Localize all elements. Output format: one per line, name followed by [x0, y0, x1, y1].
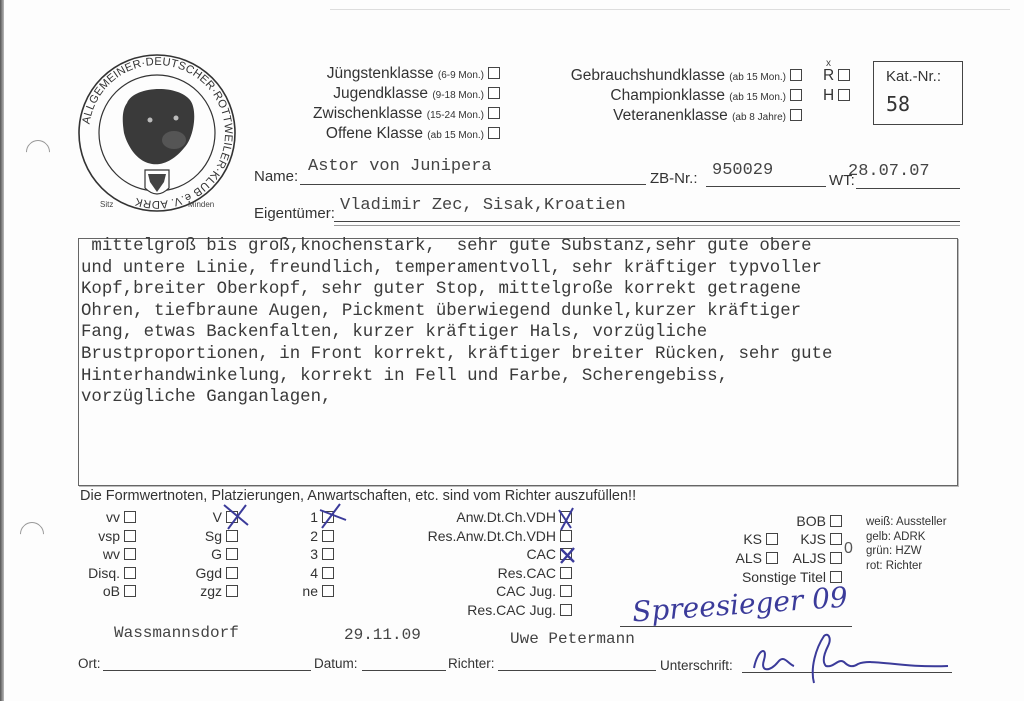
- owner-label: Eigentümer:: [254, 205, 335, 222]
- grade-option[interactable]: CAC Jug.: [390, 582, 572, 601]
- legend-item: weiß: Aussteller: [866, 515, 947, 530]
- grade-label: Res.Anw.Dt.Ch.VDH: [428, 528, 556, 544]
- grade-label: Disq.: [88, 565, 120, 581]
- award-label: ALJS: [793, 550, 826, 566]
- date-field[interactable]: 29.11.09: [344, 626, 421, 644]
- class-age-range: (6-9 Mon.): [438, 70, 484, 81]
- checkbox[interactable]: [790, 69, 802, 81]
- grade-label: 2: [310, 528, 318, 544]
- club-logo: ALLGEMEINER·DEUTSCHER·ROTTWEILER·KLUB e.…: [72, 48, 242, 218]
- grade-label: wv: [103, 546, 120, 562]
- grade-option[interactable]: Disq.: [80, 564, 136, 583]
- grade-label: Ggd: [196, 565, 222, 581]
- grade-label: CAC Jug.: [496, 583, 556, 599]
- checkbox[interactable]: [226, 548, 238, 560]
- class-age-range: (ab 15 Mon.): [427, 130, 484, 141]
- checkbox[interactable]: [322, 567, 334, 579]
- judge-label: Richter:: [448, 656, 495, 671]
- name-label: Name:: [254, 168, 298, 185]
- date-line: [362, 670, 446, 671]
- catalog-value[interactable]: 58: [886, 92, 910, 116]
- grade-option[interactable]: ne: [290, 582, 334, 601]
- zb-line: [706, 186, 826, 187]
- class-age-range: (ab 8 Jahre): [732, 112, 786, 123]
- grade-option[interactable]: G: [170, 545, 238, 564]
- signature-label: Unterschrift:: [660, 658, 733, 673]
- sex-label: H: [823, 87, 834, 104]
- class-option[interactable]: Zwischenklasse (15-24 Mon.): [276, 105, 500, 125]
- sex-huendin[interactable]: H: [823, 87, 850, 105]
- logo-seat-city: Minden: [188, 200, 214, 209]
- punch-hole: [21, 135, 55, 169]
- checkbox[interactable]: [124, 511, 136, 523]
- small-x-mark: x: [826, 58, 831, 69]
- class-option[interactable]: Championklasse (ab 15 Mon.): [520, 87, 802, 107]
- grade-label: oB: [103, 583, 120, 599]
- place-line: [103, 670, 311, 671]
- checkbox[interactable]: [790, 109, 802, 121]
- class-age-range: (ab 15 Mon.): [729, 72, 786, 83]
- legend-item: rot: Richter: [866, 559, 947, 574]
- legend-item: gelb: ADRK: [866, 530, 947, 545]
- checkbox[interactable]: [322, 548, 334, 560]
- award-aljs[interactable]: ALJS: [776, 549, 842, 568]
- checkbox[interactable]: [830, 552, 842, 564]
- judge-field[interactable]: Uwe Petermann: [510, 630, 635, 648]
- check-mark-1: [318, 502, 348, 528]
- checkbox[interactable]: [790, 89, 802, 101]
- grade-label: 1: [310, 509, 318, 525]
- date-label: Datum:: [314, 656, 358, 671]
- checkbox[interactable]: [226, 567, 238, 579]
- checkbox[interactable]: [488, 127, 500, 139]
- grade-option[interactable]: Sg: [170, 527, 238, 546]
- check-mark-anw: [555, 506, 577, 532]
- award-bob[interactable]: BOB: [760, 512, 842, 531]
- class-age-range: (9-18 Mon.): [432, 90, 484, 101]
- checkbox[interactable]: [226, 530, 238, 542]
- signature: [748, 628, 958, 688]
- award-kjs[interactable]: KJS: [786, 530, 842, 549]
- titles-column: Anw.Dt.Ch.VDHRes.Anw.Dt.Ch.VDHCACRes.CAC…: [390, 508, 572, 620]
- owner-line: [334, 221, 960, 222]
- grade-label: G: [211, 546, 222, 562]
- grade-label: vsp: [98, 528, 120, 544]
- grade-label: ne: [302, 583, 318, 599]
- class-name: Gebrauchshundklasse: [571, 67, 725, 84]
- class-option[interactable]: Jugendklasse (9-18 Mon.): [276, 85, 500, 105]
- title-line: [620, 626, 852, 627]
- checkbox[interactable]: [488, 107, 500, 119]
- judge-line: [498, 670, 656, 671]
- grade-option[interactable]: Res.CAC Jug.: [390, 601, 572, 620]
- grade-label: 3: [310, 546, 318, 562]
- grade-label: CAC: [526, 546, 556, 562]
- class-age-range: (15-24 Mon.): [427, 110, 484, 121]
- grade-option[interactable]: wv: [80, 545, 136, 564]
- checkbox[interactable]: [766, 533, 778, 545]
- class-option[interactable]: Veteranenklasse (ab 8 Jahre): [520, 107, 802, 127]
- scan-edge: [0, 0, 4, 701]
- zb-number-field[interactable]: 950029: [712, 161, 773, 180]
- place-label: Ort:: [78, 656, 101, 671]
- grade-option[interactable]: vsp: [80, 527, 136, 546]
- sex-rude[interactable]: R: [823, 67, 850, 85]
- checkbox[interactable]: [560, 585, 572, 597]
- grade-option[interactable]: Ggd: [170, 564, 238, 583]
- checkbox[interactable]: [560, 567, 572, 579]
- legend-item: grün: HZW: [866, 544, 947, 559]
- check-mark-v: [222, 503, 252, 529]
- checkbox[interactable]: [124, 567, 136, 579]
- class-name: Jugendklasse: [333, 85, 428, 102]
- grade-label: Sg: [205, 528, 222, 544]
- grade-label: zgz: [200, 583, 222, 599]
- grade-option[interactable]: 4: [290, 564, 334, 583]
- whelp-date-field[interactable]: 28.07.07: [848, 162, 930, 181]
- checkbox[interactable]: [124, 530, 136, 542]
- place-field[interactable]: Wassmannsdorf: [114, 624, 239, 642]
- check-mark-cac: [558, 546, 578, 566]
- assessment-text[interactable]: mittelgroß bis groß,knochenstark, sehr g…: [81, 236, 832, 409]
- wt-line: [856, 188, 960, 189]
- award-als[interactable]: ALS: [708, 549, 778, 568]
- assessment-box[interactable]: mittelgroß bis groß,knochenstark, sehr g…: [78, 238, 958, 486]
- grade-option[interactable]: zgz: [170, 582, 238, 601]
- checkbox[interactable]: [838, 89, 850, 101]
- grade-label: vv: [106, 509, 120, 525]
- class-name: Jüngstenklasse: [327, 65, 434, 82]
- punch-hole: [15, 517, 49, 551]
- grade-option[interactable]: oB: [80, 582, 136, 601]
- owner-field[interactable]: Vladimir Zec, Sisak,Kroatien: [340, 196, 626, 215]
- class-age-range: (ab 15 Mon.): [729, 92, 786, 103]
- award-ks[interactable]: KS: [720, 530, 778, 549]
- checkbox[interactable]: [124, 548, 136, 560]
- aljs-note: 0: [844, 540, 853, 558]
- class-name: Championklasse: [610, 87, 725, 104]
- divider: [330, 9, 1010, 10]
- checkbox[interactable]: [124, 585, 136, 597]
- grade-option[interactable]: CAC: [390, 545, 572, 564]
- dog-name-field[interactable]: Astor von Junipera: [308, 157, 492, 176]
- grade-label: V: [213, 509, 222, 525]
- grade-label: 4: [310, 565, 318, 581]
- checkbox[interactable]: [830, 533, 842, 545]
- class-name: Veteranenklasse: [613, 107, 728, 124]
- checkbox[interactable]: [830, 515, 842, 527]
- grade-option[interactable]: 3: [290, 545, 334, 564]
- checkbox[interactable]: [226, 585, 238, 597]
- grades-column-1: vvvspwvDisq.oB: [80, 508, 136, 601]
- name-line: [300, 184, 646, 185]
- grade-label: Anw.Dt.Ch.VDH: [456, 509, 556, 525]
- catalog-label: Kat.-Nr.:: [886, 68, 941, 85]
- catalog-number-box: Kat.-Nr.: 58: [873, 61, 963, 125]
- instruction-text: Die Formwertnoten, Platzierungen, Anwart…: [80, 488, 636, 504]
- grade-option[interactable]: 2: [290, 527, 334, 546]
- grade-option[interactable]: Anw.Dt.Ch.VDH: [390, 508, 572, 527]
- copies-legend: weiß: Aussteller gelb: ADRK grün: HZW ro…: [866, 515, 947, 573]
- award-label: KS: [743, 531, 762, 547]
- owner-line-2: [334, 225, 960, 226]
- award-label: BOB: [796, 513, 826, 529]
- checkbox[interactable]: [322, 530, 334, 542]
- grade-option[interactable]: vv: [80, 508, 136, 527]
- award-label: ALS: [736, 550, 762, 566]
- checkbox[interactable]: [488, 67, 500, 79]
- handwritten-title: Spreesieger 09: [631, 581, 849, 629]
- grade-label: Res.CAC: [498, 565, 556, 581]
- checkbox[interactable]: [322, 585, 334, 597]
- checkbox[interactable]: [560, 604, 572, 616]
- checkbox[interactable]: [838, 69, 850, 81]
- award-label: KJS: [800, 531, 826, 547]
- class-option[interactable]: Offene Klasse (ab 15 Mon.): [276, 125, 500, 145]
- logo-seat-label: Sitz: [100, 200, 113, 209]
- grade-label: Res.CAC Jug.: [467, 602, 556, 618]
- zb-label: ZB-Nr.:: [650, 170, 698, 187]
- class-option[interactable]: Jüngstenklasse (6-9 Mon.): [276, 65, 500, 85]
- sex-label: R: [823, 67, 834, 84]
- class-name: Zwischenklasse: [313, 105, 422, 122]
- grade-option[interactable]: Res.Anw.Dt.Ch.VDH: [390, 527, 572, 546]
- class-option[interactable]: Gebrauchshundklasse (ab 15 Mon.): [520, 67, 802, 87]
- class-name: Offene Klasse: [326, 125, 423, 142]
- grade-option[interactable]: Res.CAC: [390, 564, 572, 583]
- checkbox[interactable]: [488, 87, 500, 99]
